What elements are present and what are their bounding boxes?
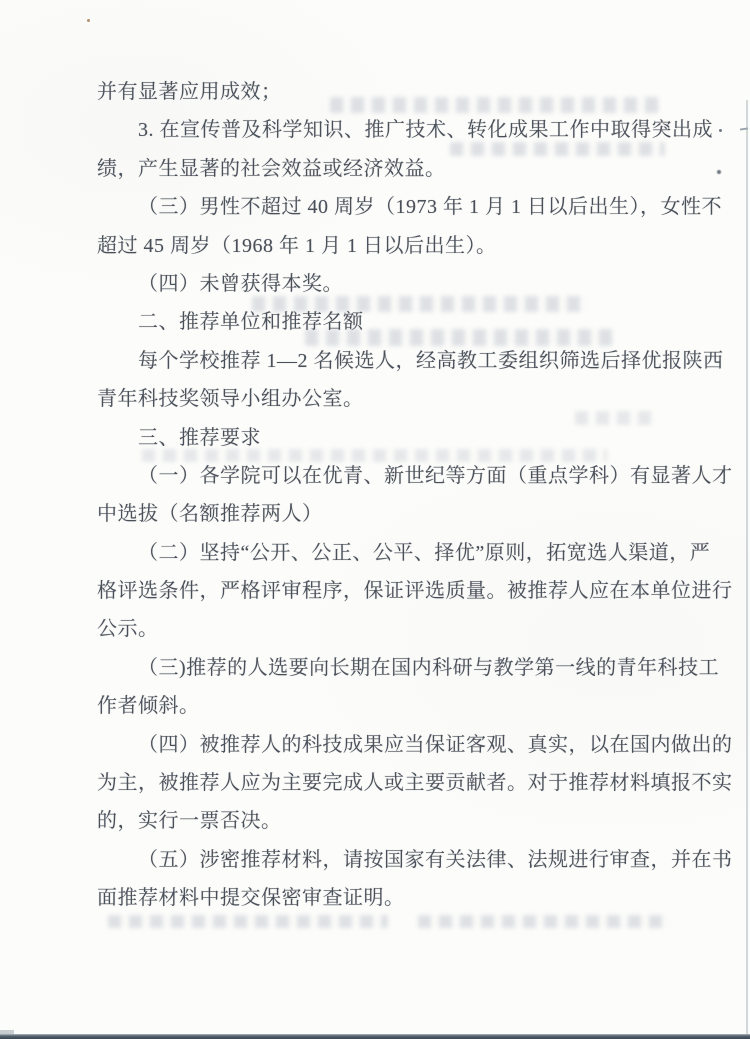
scan-edge-line (746, 100, 748, 1035)
document-line-text: （三）男性不超过 40 周岁（1973 年 1 月 1 日以后出生），女性不 (138, 196, 722, 218)
document-line: 公示。 (97, 610, 677, 648)
document-line: （四）未曾获得本奖。 (97, 265, 677, 303)
document-line-text: （二）坚持“公开、公正、公平、择优”原则，拓宽选人渠道，严 (138, 542, 710, 564)
document-line: 作者倾斜。 (97, 687, 677, 725)
document-line: 并有显著应用成效； (97, 73, 677, 111)
document-line-text: 为主，被推荐人应为主要完成人或主要贡献者。对于推荐材料填报不实 (97, 772, 733, 794)
document-line: 3. 在宣传普及科学知识、推广技术、转化成果工作中取得突出成 (97, 111, 677, 149)
document-line: （五）涉密推荐材料，请按国家有关法律、法规进行审查，并在书 (97, 841, 677, 879)
ink-speck (87, 19, 90, 22)
document-line-text: 面推荐材料中提交保密审查证明。 (97, 887, 405, 909)
document-line: 青年科技奖领导小组办公室。 (97, 380, 677, 418)
document-line-text: 公示。 (97, 618, 159, 640)
document-line: 二、推荐单位和推荐名额 (97, 303, 677, 341)
document-text-block: 并有显著应用成效； 3. 在宣传普及科学知识、推广技术、转化成果工作中取得突出成… (97, 73, 677, 918)
document-line-text: 作者倾斜。 (97, 695, 200, 717)
document-line: 三、推荐要求 (97, 419, 677, 457)
document-line: （四）被推荐人的科技成果应当保证客观、真实，以在国内做出的 (97, 726, 677, 764)
document-line-text: （四）未曾获得本奖。 (138, 273, 343, 295)
document-line: 绩，产生显著的社会效益或经济效益。 (97, 150, 677, 188)
document-line: （一）各学院可以在优青、新世纪等方面（重点学科）有显著人才 (97, 457, 677, 495)
document-line-text: 3. 在宣传普及科学知识、推广技术、转化成果工作中取得突出成 (138, 119, 713, 141)
document-line: 超过 45 周岁（1968 年 1 月 1 日以后出生）。 (97, 227, 677, 265)
document-line-text: 超过 45 周岁（1968 年 1 月 1 日以后出生）。 (97, 235, 497, 257)
document-line-text: 每个学校推荐 1—2 名候选人，经高教工委组织筛选后择优报陕西 (138, 350, 724, 372)
document-line: 格评选条件，严格评审程序，保证评选质量。被推荐人应在本单位进行 (97, 572, 677, 610)
document-line-text: （五）涉密推荐材料，请按国家有关法律、法规进行审查，并在书 (138, 849, 733, 871)
document-line-text: 二、推荐单位和推荐名额 (138, 311, 364, 333)
scan-edge-shadow (0, 1034, 750, 1039)
document-line-text: 中选拔（名额推荐两人） (97, 503, 323, 525)
document-line-text: 并有显著应用成效； (97, 81, 282, 103)
document-line: （三)推荐的人选要向长期在国内科研与教学第一线的青年科技工 (97, 649, 677, 687)
document-line: 每个学校推荐 1—2 名候选人，经高教工委组织筛选后择优报陕西 (97, 342, 677, 380)
scanned-document-page: 并有显著应用成效； 3. 在宣传普及科学知识、推广技术、转化成果工作中取得突出成… (0, 0, 750, 1039)
document-line-text: （四）被推荐人的科技成果应当保证客观、真实，以在国内做出的 (138, 734, 733, 756)
document-line-text: 格评选条件，严格评审程序，保证评选质量。被推荐人应在本单位进行 (97, 580, 733, 602)
document-line: 面推荐材料中提交保密审查证明。 (97, 879, 677, 917)
dust-speck (719, 129, 722, 132)
document-line-text: （三)推荐的人选要向长期在国内科研与教学第一线的青年科技工 (138, 657, 719, 679)
document-line: （二）坚持“公开、公正、公平、择优”原则，拓宽选人渠道，严 (97, 534, 677, 572)
dust-speck (717, 170, 721, 174)
document-line-text: 绩，产生显著的社会效益或经济效益。 (97, 158, 446, 180)
document-line-text: 三、推荐要求 (138, 427, 261, 449)
document-line: 的，实行一票否决。 (97, 802, 677, 840)
document-line: 为主，被推荐人应为主要完成人或主要贡献者。对于推荐材料填报不实 (97, 764, 677, 802)
document-line: 中选拔（名额推荐两人） (97, 495, 677, 533)
document-line-text: 的，实行一票否决。 (97, 810, 282, 832)
document-line-text: （一）各学院可以在优青、新世纪等方面（重点学科）有显著人才 (138, 465, 733, 487)
document-line-text: 青年科技奖领导小组办公室。 (97, 388, 364, 410)
document-line: （三）男性不超过 40 周岁（1973 年 1 月 1 日以后出生），女性不 (97, 188, 677, 226)
